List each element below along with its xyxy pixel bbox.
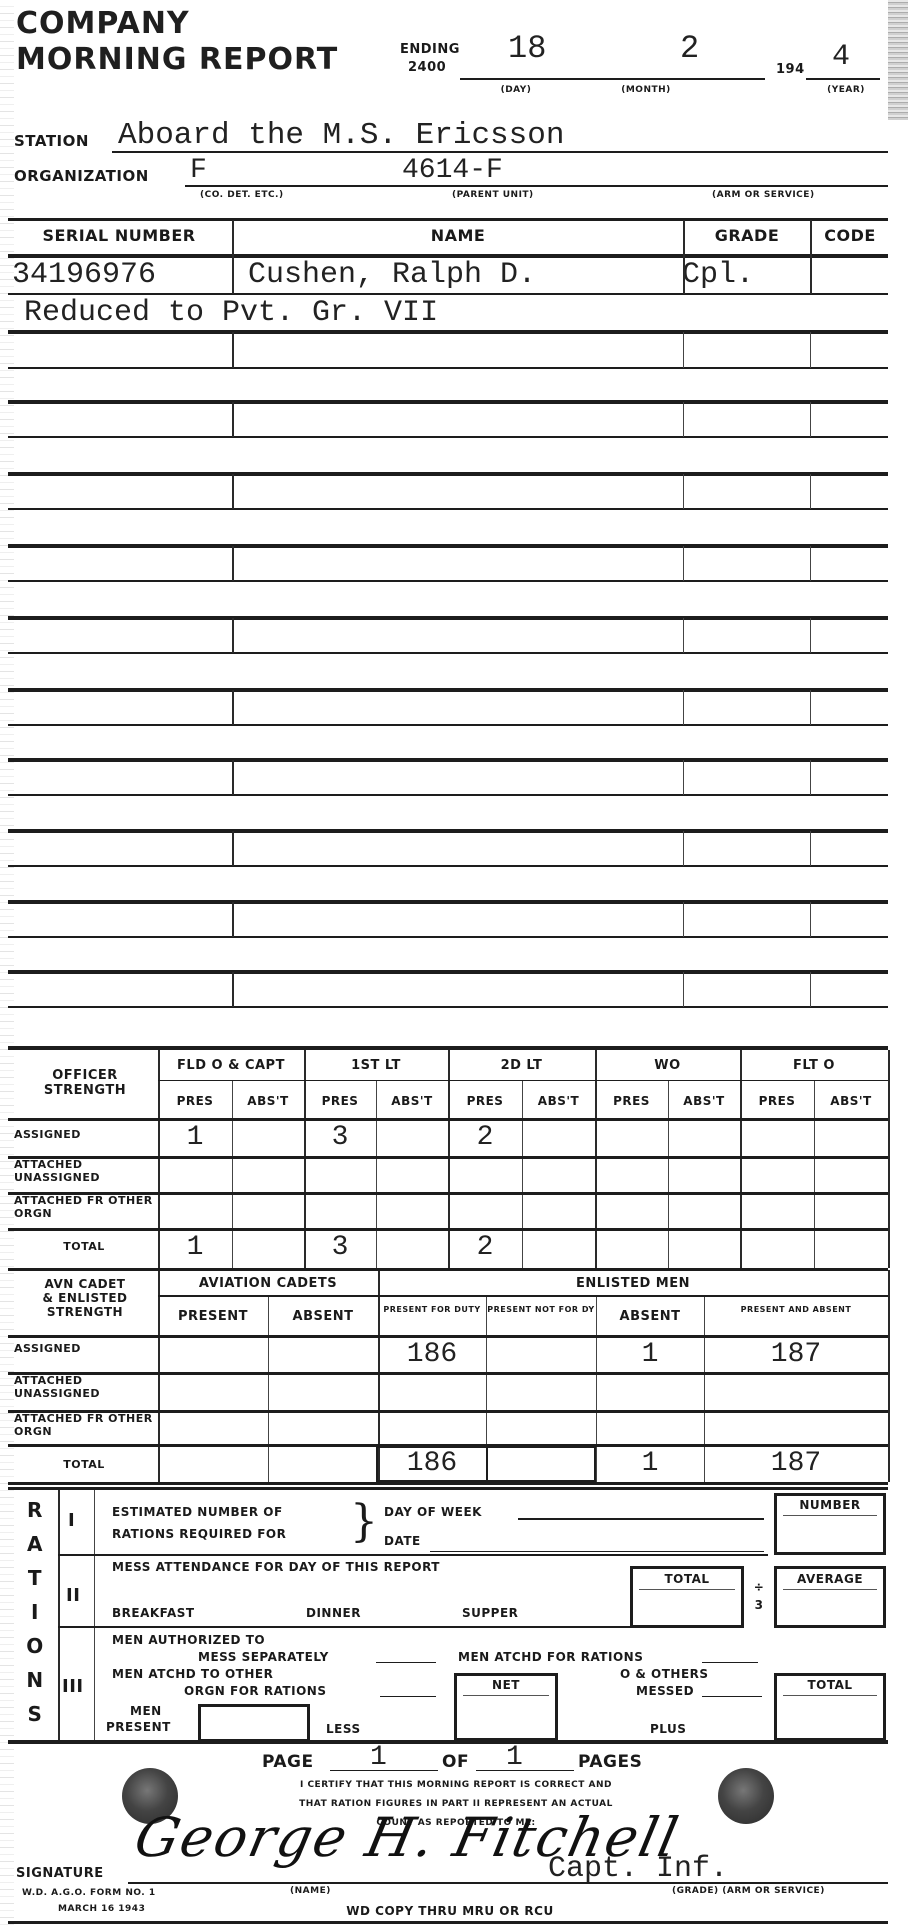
signature-line <box>128 1882 888 1884</box>
mess-separately-field[interactable] <box>376 1662 436 1663</box>
officer-group-divider <box>740 1050 742 1268</box>
rations-top-rule <box>8 1487 888 1490</box>
section-2-numeral: II <box>66 1585 80 1606</box>
row-rule-thin <box>8 652 888 654</box>
officer-row-label: ASSIGNED <box>14 1128 154 1141</box>
enlisted-cell[interactable]: 187 <box>704 1339 888 1371</box>
rations-bottom-rule <box>8 1740 888 1744</box>
row-rule-thin <box>8 865 888 867</box>
officer-row-label: TOTAL <box>14 1240 154 1253</box>
col-serial-number: SERIAL NUMBER <box>14 226 224 245</box>
blank-roster-row[interactable] <box>12 833 884 864</box>
date-underline <box>460 78 765 80</box>
month-caption: (MONTH) <box>606 85 686 95</box>
section-1-rule <box>58 1554 768 1556</box>
organization-company[interactable]: F <box>190 155 207 186</box>
men-present-1: MEN <box>130 1704 162 1718</box>
date-label: DATE <box>384 1534 421 1548</box>
plus-label: PLUS <box>650 1722 686 1736</box>
ending-label: ENDING <box>400 42 460 57</box>
report-month[interactable]: 2 <box>680 30 699 67</box>
col-grade: GRADE <box>685 226 809 245</box>
page-number-underline <box>330 1770 438 1771</box>
mess-total-box[interactable]: TOTAL <box>630 1566 744 1628</box>
day-of-week-label: DAY OF WEEK <box>384 1505 482 1519</box>
officer-pres-header: PRES <box>304 1094 376 1108</box>
officer-row-rule <box>8 1118 888 1121</box>
mess-total-label: TOTAL <box>633 1572 741 1586</box>
enlisted-cell[interactable]: 186 <box>378 1339 486 1371</box>
number-label: NUMBER <box>777 1498 883 1512</box>
year-prefix: 194 <box>776 62 805 77</box>
average-box[interactable]: AVERAGE <box>774 1566 886 1628</box>
rations-letter: I <box>20 1600 50 1624</box>
divider-name-grade <box>683 220 685 294</box>
officer-abst-header: ABS'T <box>232 1094 304 1108</box>
divide-by-three: ÷ 3 <box>748 1578 770 1614</box>
row-rule-thin <box>8 1006 888 1008</box>
organization-underline <box>185 185 888 187</box>
organization-parent-unit[interactable]: 4614-F <box>402 155 503 186</box>
day-of-week-field[interactable] <box>518 1518 764 1520</box>
officer-cell[interactable]: 3 <box>304 1122 376 1154</box>
officer-title-1: OFFICER <box>12 1068 158 1083</box>
others-messed-field[interactable] <box>702 1696 762 1697</box>
officer-cell[interactable]: 3 <box>304 1232 376 1264</box>
section-1-text-1: ESTIMATED NUMBER OF <box>112 1505 283 1519</box>
officer-group-header: WO <box>595 1058 740 1073</box>
enlisted-top-rule <box>8 1268 888 1271</box>
officer-abst-header: ABS'T <box>376 1094 448 1108</box>
rations-letter: N <box>20 1668 50 1692</box>
col-code: CODE <box>812 226 888 245</box>
rations-letter-divider <box>58 1490 60 1740</box>
others-label-2: MESSED <box>636 1684 694 1698</box>
divider-serial-name <box>232 220 234 294</box>
section-2-rule <box>58 1626 630 1628</box>
page-number[interactable]: 1 <box>370 1742 387 1773</box>
grade-arm-value[interactable]: Capt. Inf. <box>548 1852 728 1886</box>
men-atchd-rations-label: MEN ATCHD FOR RATIONS <box>458 1650 643 1664</box>
aviation-cadets-header: AVIATION CADETS <box>158 1276 378 1291</box>
enlisted-col-header: ABSENT <box>268 1310 378 1323</box>
rations-numeral-divider <box>94 1490 95 1740</box>
enlisted-col-divider <box>268 1296 269 1482</box>
form-title-line1: COMPANY <box>16 6 190 41</box>
men-present-box[interactable] <box>198 1704 310 1742</box>
number-box[interactable]: NUMBER <box>774 1493 886 1555</box>
enlisted-title-1: AVN CADET <box>12 1277 158 1291</box>
rations-total-box[interactable]: TOTAL <box>774 1673 886 1741</box>
rations-letter: A <box>20 1532 50 1556</box>
enlisted-title-3: STRENGTH <box>12 1305 158 1319</box>
section-1-text-2: RATIONS REQUIRED FOR <box>112 1527 286 1541</box>
station-label: STATION <box>14 132 89 150</box>
enlisted-row-rule <box>8 1482 888 1485</box>
day-caption: (DAY) <box>486 85 546 95</box>
average-label: AVERAGE <box>777 1572 883 1586</box>
entry-remark[interactable]: Reduced to Pvt. Gr. VII <box>24 296 438 330</box>
station-value[interactable]: Aboard the M.S. Ericsson <box>118 118 564 153</box>
enlisted-col-divider <box>888 1270 890 1482</box>
mess-attendance-title: MESS ATTENDANCE FOR DAY OF THIS REPORT <box>112 1560 440 1574</box>
section-3-numeral: III <box>62 1676 84 1697</box>
officer-sub-divider <box>668 1080 669 1268</box>
officer-row-label: ATTACHED UNASSIGNED <box>14 1158 154 1184</box>
blank-roster-row[interactable] <box>12 404 884 435</box>
enlisted-cell[interactable]: 1 <box>596 1448 704 1480</box>
brace-icon: } <box>350 1500 378 1544</box>
enlisted-cell[interactable]: 1 <box>596 1339 704 1371</box>
company-caption: (CO. DET. ETC.) <box>200 190 284 200</box>
enlisted-col-header: PRESENT NOT FOR DY <box>486 1303 596 1316</box>
binder-hole-right-icon <box>718 1768 774 1824</box>
men-atchd-rations-field[interactable] <box>702 1662 758 1663</box>
blank-roster-row[interactable] <box>12 974 884 1005</box>
men-atchd-other-2: ORGN FOR RATIONS <box>184 1684 326 1698</box>
officer-group-divider <box>888 1050 890 1268</box>
officer-sub-divider <box>814 1080 815 1268</box>
total-present-not-duty-box <box>486 1446 596 1482</box>
copy-routing-note: WD COPY THRU MRU OR RCU <box>300 1904 600 1918</box>
pages-label: PAGES <box>578 1752 642 1772</box>
enlisted-title-2: & ENLISTED <box>12 1291 158 1305</box>
rations-total-label: TOTAL <box>777 1678 883 1692</box>
row-rule-thin <box>8 794 888 796</box>
scan-artifact-strip <box>888 0 908 120</box>
page-total[interactable]: 1 <box>506 1742 523 1773</box>
officer-cell[interactable]: 2 <box>448 1232 522 1264</box>
atchd-other-field[interactable] <box>380 1696 436 1697</box>
entry-name[interactable]: Cushen, Ralph D. <box>248 258 536 292</box>
officer-cell[interactable]: 1 <box>158 1232 232 1264</box>
men-atchd-other-1: MEN ATCHD TO OTHER <box>112 1667 273 1681</box>
arm-caption: (ARM OR SERVICE) <box>712 190 815 200</box>
certification-line-1: I CERTIFY THAT THIS MORNING REPORT IS CO… <box>236 1780 676 1790</box>
supper-label: SUPPER <box>462 1606 518 1620</box>
enlisted-row-label: ATTACHED UNASSIGNED <box>14 1374 154 1400</box>
enlisted-row-label: ASSIGNED <box>14 1342 154 1355</box>
net-label: NET <box>457 1678 555 1692</box>
rations-letter: T <box>20 1566 50 1590</box>
divider-grade-code <box>810 220 812 294</box>
report-year[interactable]: 4 <box>832 40 850 74</box>
year-underline <box>806 78 880 80</box>
entry-serial[interactable]: 34196976 <box>12 258 156 292</box>
enlisted-cell[interactable]: 187 <box>704 1448 888 1480</box>
less-label: LESS <box>326 1722 361 1736</box>
entry-grade[interactable]: Cpl. <box>682 258 754 292</box>
form-title-line2: MORNING REPORT <box>16 42 338 77</box>
enlisted-row-rule <box>8 1335 888 1338</box>
officer-sub-divider <box>376 1080 377 1268</box>
officer-group-header: 2D LT <box>448 1058 595 1073</box>
page-total-underline <box>476 1770 574 1771</box>
officer-cell[interactable]: 2 <box>448 1122 522 1154</box>
officer-group-header: 1ST LT <box>304 1058 448 1073</box>
blank-roster-row[interactable] <box>12 762 884 793</box>
blank-roster-row[interactable] <box>12 476 884 507</box>
roster-top-rule <box>8 218 888 221</box>
breakfast-label: BREAKFAST <box>112 1606 195 1620</box>
officer-sub-divider <box>522 1080 523 1268</box>
officer-cell[interactable]: 1 <box>158 1122 232 1154</box>
enlisted-col-header: ABSENT <box>596 1310 704 1323</box>
officer-row-label: ATTACHED FR OTHER ORGN <box>14 1194 154 1220</box>
dinner-label: DINNER <box>306 1606 361 1620</box>
officer-title-2: STRENGTH <box>12 1083 158 1098</box>
others-label-1: O & OTHERS <box>620 1667 709 1681</box>
row-rule-thin <box>8 436 888 438</box>
enlisted-col-divider <box>158 1270 160 1482</box>
rations-letter: R <box>20 1498 50 1522</box>
divider-serial-name <box>232 332 234 368</box>
officer-abst-header: ABS'T <box>814 1094 888 1108</box>
bottom-rule <box>8 1921 888 1924</box>
date-field[interactable] <box>430 1551 764 1552</box>
total-present-duty-box <box>376 1446 488 1482</box>
form-date: MARCH 16 1943 <box>58 1904 145 1914</box>
station-underline <box>112 151 888 153</box>
men-present-2: PRESENT <box>106 1720 171 1734</box>
enlisted-col-header: PRESENT AND ABSENT <box>704 1303 888 1316</box>
row-rule-thin <box>8 508 888 510</box>
row-rule-thin <box>8 936 888 938</box>
net-box[interactable]: NET <box>454 1673 558 1741</box>
men-authorized-1: MEN AUTHORIZED TO <box>112 1633 265 1647</box>
officer-pres-header: PRES <box>448 1094 522 1108</box>
section-1-numeral: I <box>68 1510 75 1531</box>
officer-group-header: FLT O <box>740 1058 888 1073</box>
divider-grade-code <box>810 332 811 368</box>
blank-roster-row[interactable] <box>12 620 884 651</box>
blank-roster-row[interactable] <box>12 904 884 935</box>
parent-unit-caption: (PARENT UNIT) <box>452 190 534 200</box>
page-label: PAGE <box>262 1752 314 1772</box>
form-number: W.D. A.G.O. FORM NO. 1 <box>22 1888 156 1898</box>
enlisted-row-label: TOTAL <box>14 1458 154 1471</box>
name-caption: (NAME) <box>290 1886 331 1896</box>
enlisted-col-header: PRESENT FOR DUTY <box>378 1303 486 1316</box>
officer-pres-header: PRES <box>158 1094 232 1108</box>
officer-group-divider <box>595 1050 597 1268</box>
organization-label: ORGANIZATION <box>14 167 149 185</box>
officer-group-header: FLD O & CAPT <box>158 1058 304 1073</box>
men-authorized-2: MESS SEPARATELY <box>198 1650 329 1664</box>
officer-sub-divider <box>232 1080 233 1268</box>
enlisted-subheader-rule <box>158 1295 888 1297</box>
officer-pres-header: PRES <box>740 1094 814 1108</box>
year-caption: (YEAR) <box>816 85 876 95</box>
enlisted-col-header: PRESENT <box>158 1310 268 1323</box>
divider-name-grade <box>683 332 684 368</box>
officer-pres-header: PRES <box>595 1094 668 1108</box>
blank-roster-row[interactable] <box>12 692 884 723</box>
report-day[interactable]: 18 <box>508 30 546 67</box>
enlisted-row-label: ATTACHED FR OTHER ORGN <box>14 1412 154 1438</box>
officer-row-rule <box>8 1228 888 1231</box>
remark-rule <box>8 330 888 334</box>
col-name: NAME <box>234 226 682 245</box>
officer-abst-header: ABS'T <box>668 1094 740 1108</box>
of-label: OF <box>442 1752 469 1772</box>
enlisted-men-header: ENLISTED MEN <box>378 1276 888 1291</box>
ending-time: 2400 <box>408 60 446 75</box>
rations-letter: S <box>20 1702 50 1726</box>
blank-roster-row[interactable] <box>12 548 884 579</box>
officer-abst-header: ABS'T <box>522 1094 595 1108</box>
row-rule-thin <box>8 580 888 582</box>
entry-rule <box>8 293 888 295</box>
grade-caption: (GRADE) (ARM OR SERVICE) <box>672 1886 825 1896</box>
blank-row-rule <box>8 367 888 369</box>
signature-label: SIGNATURE <box>16 1866 104 1881</box>
rations-letter: O <box>20 1634 50 1658</box>
officer-subheader-rule <box>158 1080 888 1081</box>
officer-strength-title: OFFICER STRENGTH <box>12 1068 158 1098</box>
row-rule-thin <box>8 724 888 726</box>
